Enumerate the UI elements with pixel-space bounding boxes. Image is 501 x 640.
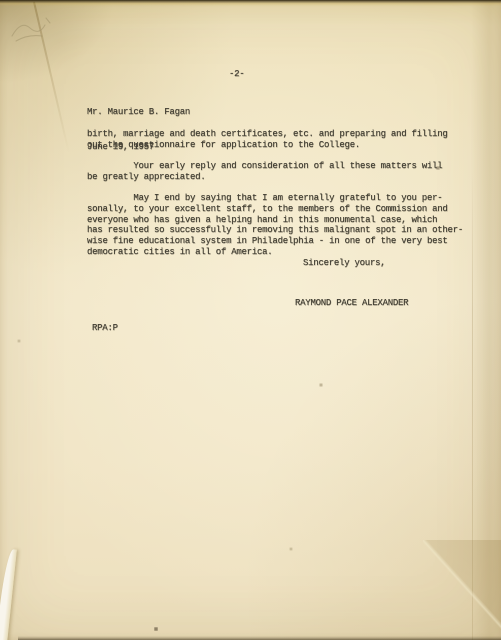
page-number: -2- (229, 69, 244, 80)
paper-specks (0, 0, 2, 2)
scan-edge-bottom (18, 636, 501, 640)
signature-name: RAYMOND PACE ALEXANDER (295, 298, 408, 309)
typist-initials: RPA:P (92, 323, 118, 334)
closing-salutation: Sincerely yours, (303, 258, 385, 269)
paper-curl-edge (0, 549, 17, 640)
paper-fold-corner (423, 540, 501, 640)
letter-page: -2- Mr. Maurice B. Fagan June 19, 1957 b… (0, 0, 501, 640)
body-paragraph: Your early reply and consideration of al… (87, 161, 442, 183)
body-paragraph: May I end by saying that I am eternally … (87, 193, 463, 258)
recipient-name: Mr. Maurice B. Fagan (87, 107, 190, 119)
pencil-scribble (6, 10, 86, 50)
scan-edge-top (0, 0, 501, 6)
body-paragraph: birth, marriage and death certificates, … (87, 129, 448, 151)
scanned-letter: -2- Mr. Maurice B. Fagan June 19, 1957 b… (0, 0, 501, 640)
